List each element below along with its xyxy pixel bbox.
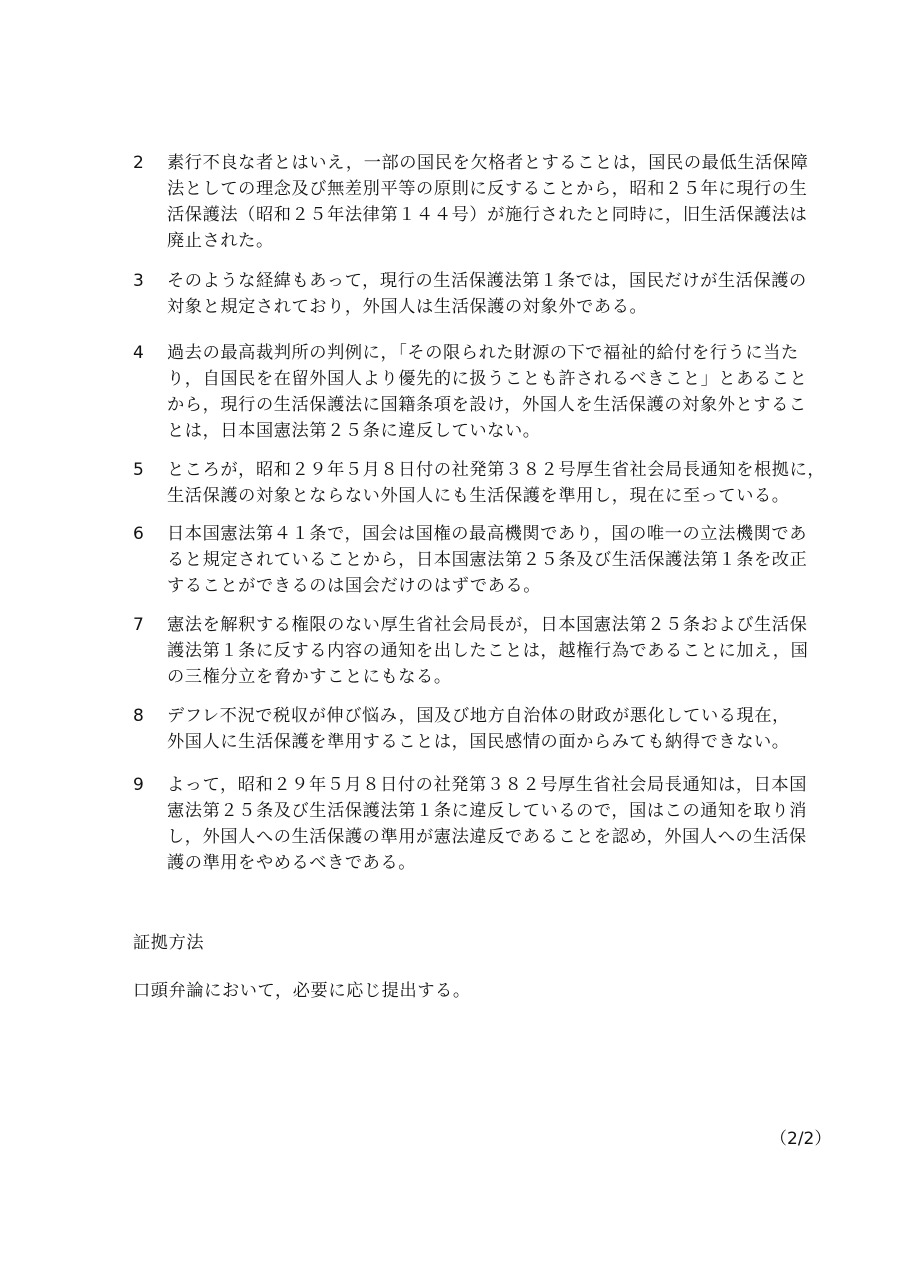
text-line: 廃止された。 [167,228,808,254]
evidence-text: 口頭弁論において，必要に応じ提出する。 [133,978,471,1004]
text-line: 法としての理念及び無差別平等の原則に反することから，昭和２５年に現行の生 [167,176,808,202]
item-number: 2 [133,150,144,176]
item-text: よって，昭和２９年５月８日付の社発第３８２号厚生省社会局長通知は，日本国 憲法第… [167,772,807,876]
text-line: そのような経緯もあって，現行の生活保護法第１条では，国民だけが生活保護の [167,268,807,294]
text-line: よって，昭和２９年５月８日付の社発第３８２号厚生省社会局長通知は，日本国 [167,772,807,798]
item-text: 素行不良な者とはいえ，一部の国民を欠格者とすることは，国民の最低生活保障 法とし… [167,150,808,254]
text-line: ると規定されていることから，日本国憲法第２５条及び生活保護法第１条を改正 [167,547,807,573]
text-line: 生活保護の対象とならない外国人にも生活保護を準用し，現在に至っている。 [167,483,825,509]
evidence-heading: 証拠方法 [133,930,204,956]
item-number: 9 [133,772,144,798]
text-line: デフレ不況で税収が伸び悩み，国及び地方自治体の財政が悪化している現在， [167,703,790,729]
document-page: 2 素行不良な者とはいえ，一部の国民を欠格者とすることは，国民の最低生活保障 法… [0,0,905,1280]
text-line: 活保護法（昭和２５年法律第１４４号）が施行されたと同時に，旧生活保護法は [167,202,808,228]
text-line: 過去の最高裁判所の判例に，「その限られた財源の下で福祉的給付を行うに当た [167,340,807,366]
item-text: 日本国憲法第４１条で，国会は国権の最高機関であり，国の唯一の立法機関であ ると規… [167,521,807,599]
text-line: り，自国民を在留外国人より優先的に扱うことも許されるべきこと」とあること [167,366,807,392]
item-text: デフレ不況で税収が伸び悩み，国及び地方自治体の財政が悪化している現在， 外国人に… [167,703,790,755]
item-number: 5 [133,457,144,483]
text-line: の三権分立を脅かすことにもなる。 [167,664,808,690]
item-number: 4 [133,340,144,366]
text-line: 素行不良な者とはいえ，一部の国民を欠格者とすることは，国民の最低生活保障 [167,150,808,176]
text-line: 護の準用をやめるべきである。 [167,850,807,876]
page-number: （2/2） [770,1126,831,1152]
item-text: 憲法を解釈する権限のない厚生省社会局長が，日本国憲法第２５条および生活保 護法第… [167,612,808,690]
text-line: 憲法を解釈する権限のない厚生省社会局長が，日本国憲法第２５条および生活保 [167,612,808,638]
item-text: ところが，昭和２９年５月８日付の社発第３８２号厚生省社会局長通知を根拠に， 生活… [167,457,825,509]
item-text: そのような経緯もあって，現行の生活保護法第１条では，国民だけが生活保護の 対象と… [167,268,807,320]
text-line: 外国人に生活保護を準用することは，国民感情の面からみても納得できない。 [167,729,790,755]
text-line: 対象と規定されており，外国人は生活保護の対象外である。 [167,294,807,320]
item-number: 8 [133,703,144,729]
item-number: 3 [133,268,144,294]
text-line: 護法第１条に反する内容の通知を出したことは，越権行為であることに加え，国 [167,638,808,664]
item-number: 6 [133,521,144,547]
item-text: 過去の最高裁判所の判例に，「その限られた財源の下で福祉的給付を行うに当た り，自… [167,340,807,444]
text-line: 日本国憲法第４１条で，国会は国権の最高機関であり，国の唯一の立法機関であ [167,521,807,547]
text-line: から，現行の生活保護法に国籍条項を設け，外国人を生活保護の対象外とするこ [167,392,807,418]
text-line: し，外国人への生活保護の準用が憲法違反であることを認め，外国人への生活保 [167,824,807,850]
text-line: ところが，昭和２９年５月８日付の社発第３８２号厚生省社会局長通知を根拠に， [167,457,825,483]
text-line: することができるのは国会だけのはずである。 [167,573,807,599]
text-line: 憲法第２５条及び生活保護法第１条に違反しているので，国はこの通知を取り消 [167,798,807,824]
item-number: 7 [133,612,144,638]
text-line: とは，日本国憲法第２５条に違反していない。 [167,418,807,444]
